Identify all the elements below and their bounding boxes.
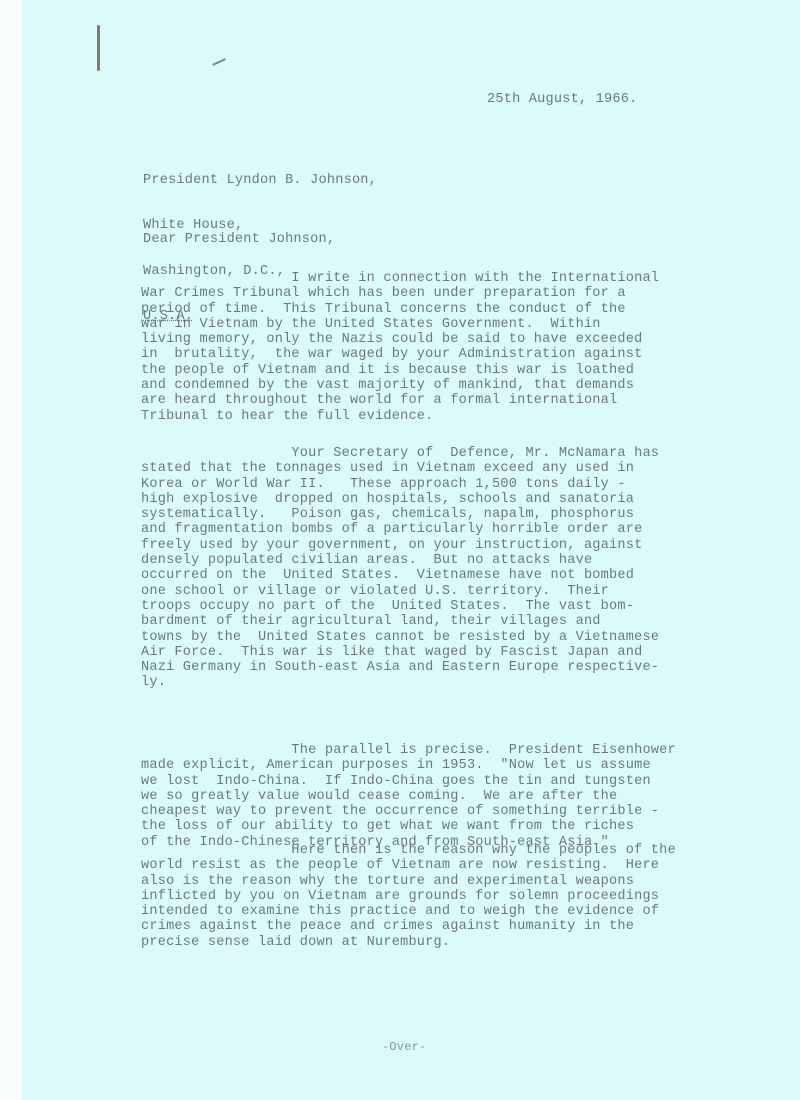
text-line: we lost Indo-China. If Indo-China goes t…: [141, 774, 676, 789]
text-line: occurred on the United States. Vietnames…: [141, 568, 659, 583]
text-line: crimes against the peace and crimes agai…: [141, 919, 676, 934]
text-line: cheapest way to prevent the occurrence o…: [141, 804, 676, 819]
text-line: inflicted by you on Vietnam are grounds …: [141, 889, 676, 904]
paragraph-1: I write in connection with the Internati…: [141, 271, 659, 424]
text-line: freely used by your government, on your …: [141, 538, 659, 553]
salutation: Dear President Johnson,: [143, 232, 335, 247]
text-line: we so greatly value would cease coming. …: [141, 789, 676, 804]
text-line: troops occupy no part of the United Stat…: [141, 599, 659, 614]
text-line: also is the reason why the torture and e…: [141, 874, 676, 889]
letter-date: 25th August, 1966.: [487, 92, 637, 107]
text-line: bardment of their agricultural land, the…: [141, 614, 659, 629]
text-line: and condemned by the vast majority of ma…: [141, 378, 659, 393]
text-line: the people of Vietnam and it is because …: [141, 363, 659, 378]
text-line: the loss of our ability to get what we w…: [141, 819, 676, 834]
text-line: precise sense laid down at Nuremburg.: [141, 935, 676, 950]
text-line: one school or village or violated U.S. t…: [141, 584, 659, 599]
text-line: high explosive dropped on hospitals, sch…: [141, 492, 659, 507]
paragraph-3: The parallel is precise. President Eisen…: [141, 743, 676, 850]
text-line: War Crimes Tribunal which has been under…: [141, 286, 659, 301]
text-line: systematically. Poison gas, chemicals, n…: [141, 507, 659, 522]
text-line: Your Secretary of Defence, Mr. McNamara …: [141, 446, 659, 461]
text-line: world resist as the people of Vietnam ar…: [141, 858, 676, 873]
text-line: densely populated civilian areas. But no…: [141, 553, 659, 568]
text-line: Air Force. This war is like that waged b…: [141, 645, 659, 660]
text-line: Here then is the reason why the peoples …: [141, 843, 676, 858]
text-line: Tribunal to hear the full evidence.: [141, 409, 659, 424]
text-line: are heard throughout the world for a for…: [141, 393, 659, 408]
text-line: Korea or World War II. These approach 1,…: [141, 477, 659, 492]
staple-mark: [97, 25, 100, 71]
text-line: intended to examine this practice and to…: [141, 904, 676, 919]
page-left-margin: [0, 0, 22, 1100]
paragraph-2: Your Secretary of Defence, Mr. McNamara …: [141, 446, 659, 691]
text-line: in brutality, the war waged by your Admi…: [141, 347, 659, 362]
paragraph-4: Here then is the reason why the peoples …: [141, 843, 676, 950]
text-line: ly.: [141, 675, 659, 690]
text-line: period of time. This Tribunal concerns t…: [141, 302, 659, 317]
text-line: stated that the tonnages used in Vietnam…: [141, 461, 659, 476]
text-line: The parallel is precise. President Eisen…: [141, 743, 676, 758]
text-line: towns by the United States cannot be res…: [141, 630, 659, 645]
text-line: I write in connection with the Internati…: [141, 271, 659, 286]
text-line: and fragmentation bombs of a particularl…: [141, 522, 659, 537]
text-line: made explicit, American purposes in 1953…: [141, 758, 676, 773]
over-footer: -Over-: [382, 1040, 426, 1055]
text-line: war in Vietnam by the United States Gove…: [141, 317, 659, 332]
text-line: living memory, only the Nazis could be s…: [141, 332, 659, 347]
text-line: Nazi Germany in South-east Asia and East…: [141, 660, 659, 675]
address-line: President Lyndon B. Johnson,: [143, 173, 377, 188]
